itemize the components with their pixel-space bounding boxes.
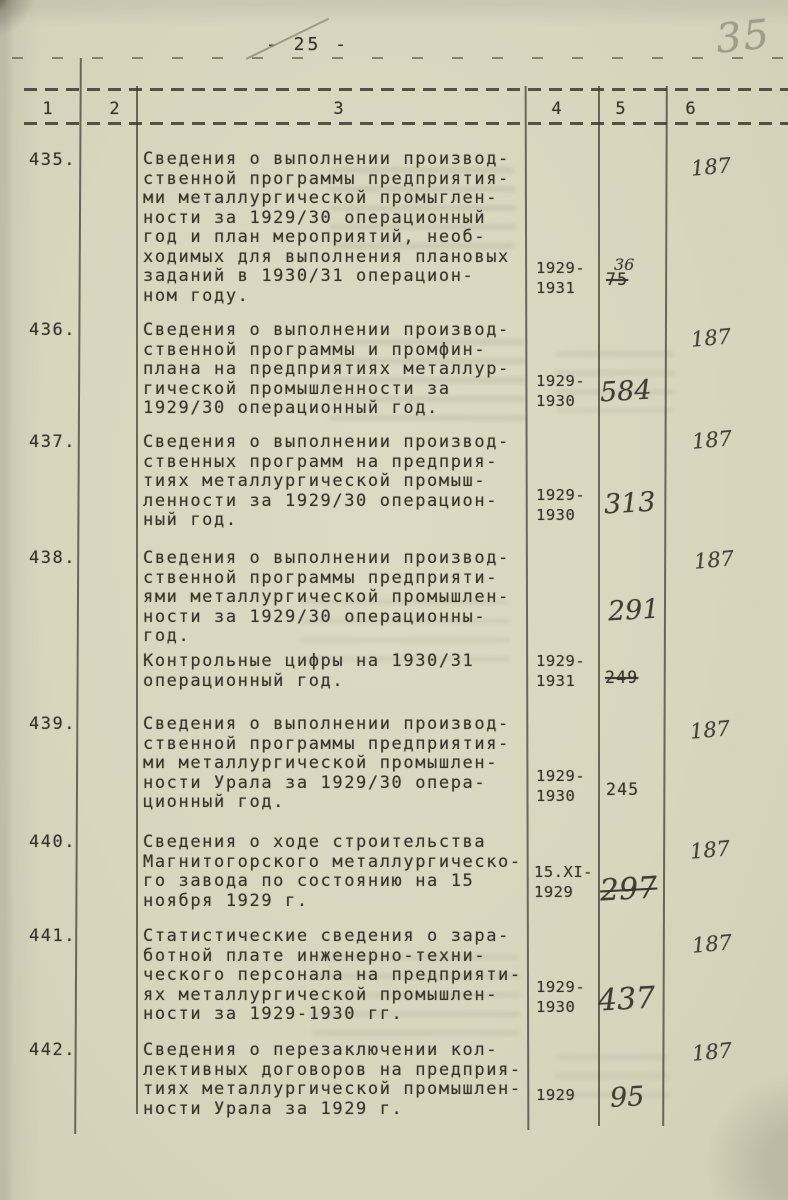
entry-number: 437. bbox=[24, 432, 76, 452]
column-header-5: 5 bbox=[611, 99, 631, 119]
table-header-top-border bbox=[24, 88, 788, 91]
entry-sheet-count: 36 75 bbox=[606, 255, 634, 289]
corner-folio-number: 35 bbox=[714, 11, 773, 62]
entry-extra-sheet-count-crossed-out: 249 bbox=[605, 668, 638, 687]
entry-dates: 15.XI- 1929 bbox=[534, 863, 593, 902]
entry-description: Сведения о выполнении производ- ственных… bbox=[143, 433, 543, 531]
sheet-count-crossed-out: 75 bbox=[606, 270, 628, 289]
top-ruled-line bbox=[12, 57, 784, 59]
column-header-2: 2 bbox=[105, 99, 125, 119]
entry-description: Сведения о выполнении производ- ственной… bbox=[143, 549, 543, 647]
entry-sheet-count: 313 bbox=[603, 487, 656, 521]
entry-number: 435. bbox=[24, 150, 76, 170]
column-divider-2-3 bbox=[136, 86, 138, 1114]
entry-number: 438. bbox=[24, 548, 76, 568]
entry-dates: 1929- 1930 bbox=[536, 767, 585, 806]
entry-sheet-count: 437 bbox=[597, 981, 656, 1019]
entry-number: 436. bbox=[24, 320, 76, 340]
entry-description: Статистические сведения о зара- ботной п… bbox=[143, 927, 543, 1025]
entry-description: Сведения о перезаключении кол- лективных… bbox=[143, 1041, 543, 1119]
column-header-6: 6 bbox=[681, 99, 701, 119]
column-divider-5-6 bbox=[662, 86, 668, 1126]
entry-fond-reference: 187 bbox=[691, 930, 733, 957]
table-header-bottom-border bbox=[24, 122, 788, 125]
entry-sheet-count: 245 bbox=[606, 780, 639, 799]
entry-fond-reference: 187 bbox=[690, 324, 732, 351]
entry-number: 439. bbox=[24, 714, 76, 734]
entry-dates: 1929- 1931 bbox=[536, 259, 585, 298]
column-divider-4-5 bbox=[598, 86, 600, 1126]
entry-number: 442. bbox=[24, 1040, 76, 1060]
entry-number: 441. bbox=[24, 926, 76, 946]
entry-description: Сведения о выполнении производ- ственной… bbox=[143, 150, 543, 306]
entry-fond-reference: 187 bbox=[689, 716, 731, 743]
scanned-inventory-page: - 25 - 35 1 2 3 4 5 6 435. Сведения о вы… bbox=[0, 0, 788, 1200]
entry-dates: 1929- 1930 bbox=[536, 978, 585, 1017]
page-number: - 25 - bbox=[266, 34, 349, 55]
entry-description: Сведения о выполнении производ- ственной… bbox=[143, 715, 543, 813]
entry-fond-reference: 187 bbox=[693, 546, 735, 573]
entry-fond-reference: 187 bbox=[690, 153, 732, 180]
entry-number: 440. bbox=[24, 832, 76, 852]
entry-extra-dates: 1929- 1931 bbox=[536, 652, 585, 691]
entry-sheet-count-crossed-out: 297 bbox=[599, 871, 658, 909]
entry-description: Сведения о ходе строительства Магнитогор… bbox=[143, 833, 543, 911]
column-header-1: 1 bbox=[38, 99, 58, 119]
entry-description: Сведения о выполнении производ- ственной… bbox=[143, 321, 543, 419]
column-header-4: 4 bbox=[547, 99, 567, 119]
entry-dates: 1929 bbox=[536, 1086, 575, 1106]
entry-sheet-count: 584 bbox=[599, 375, 652, 409]
column-divider-1-2 bbox=[74, 58, 82, 1134]
entry-dates: 1929- 1930 bbox=[536, 486, 585, 525]
entry-dates: 1929- 1930 bbox=[536, 372, 585, 411]
entry-fond-reference: 187 bbox=[689, 836, 731, 863]
entry-sheet-count: 95 bbox=[609, 1081, 645, 1114]
entry-fond-reference: 187 bbox=[691, 426, 733, 453]
entry-sheet-count: 291 bbox=[607, 594, 660, 628]
entry-extra-paragraph: Контрольные цифры на 1930/31 операционны… bbox=[143, 652, 543, 691]
entry-fond-reference: 187 bbox=[691, 1038, 733, 1065]
column-header-3: 3 bbox=[329, 99, 349, 119]
